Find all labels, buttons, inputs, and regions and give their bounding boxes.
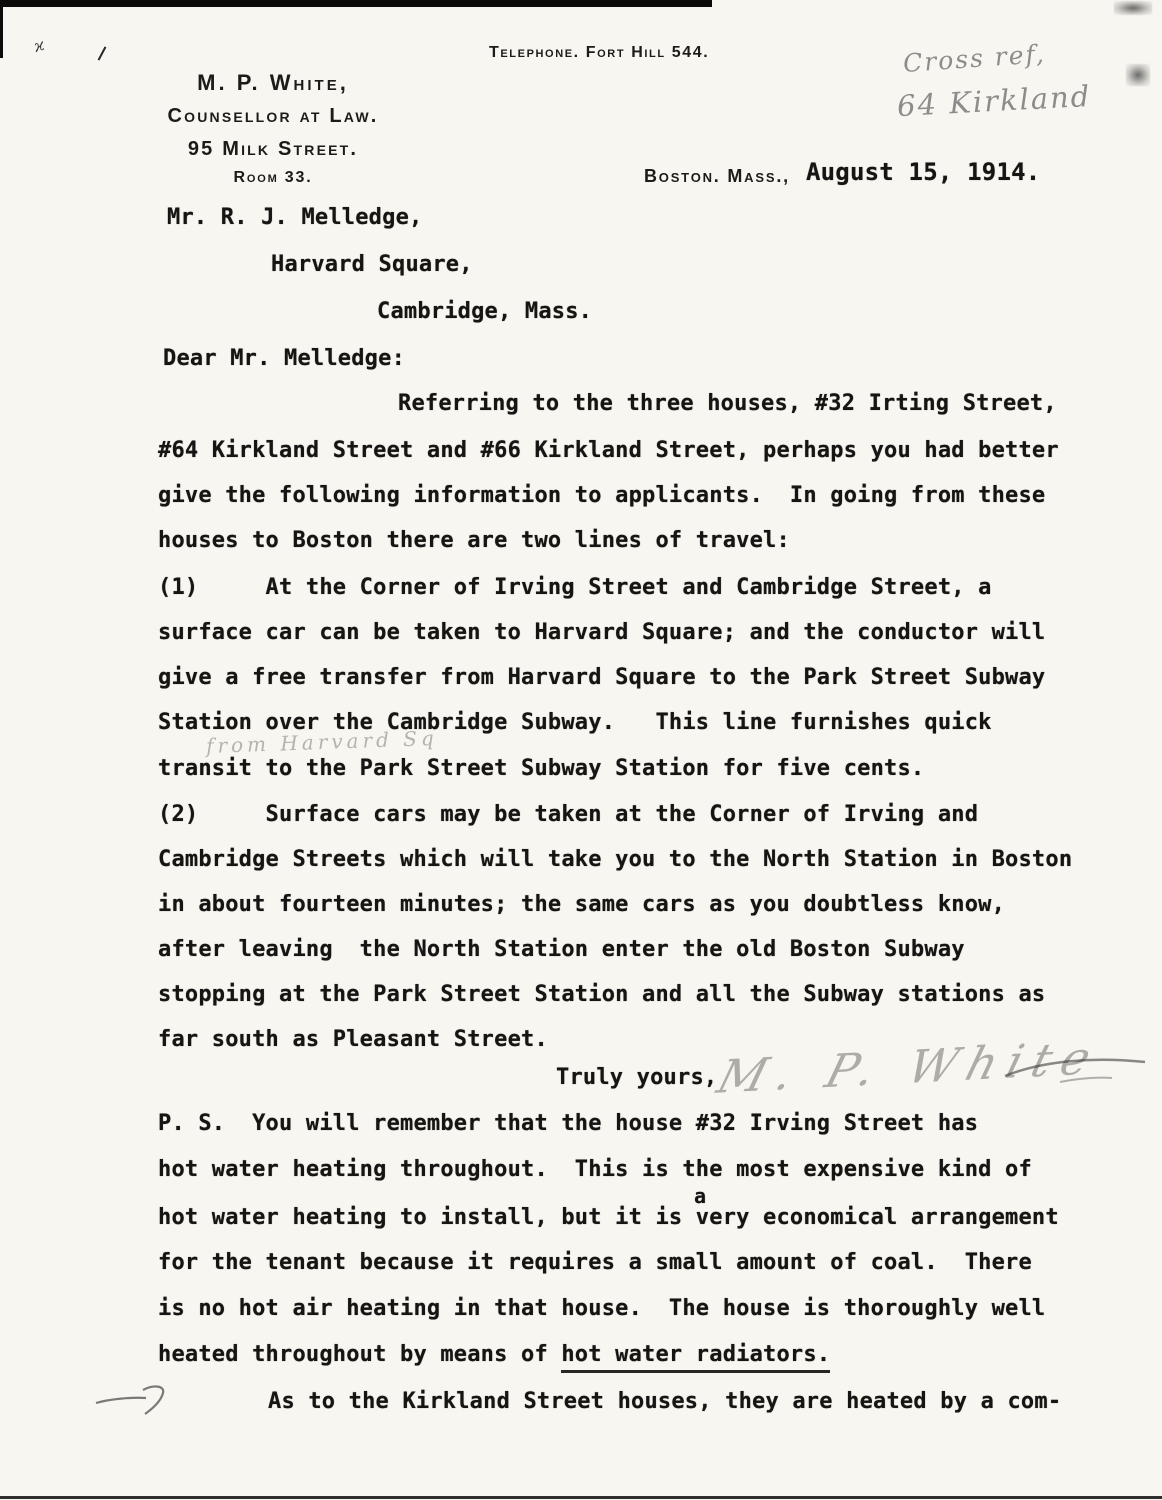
dateline-city: Boston. Mass.,: [644, 166, 790, 187]
pencil-margin-arrow: [88, 1378, 178, 1422]
letterhead-block: M. P. White, Counsellor at Law. 95 Milk …: [118, 70, 428, 187]
body-line: Referring to the three houses, #32 Irtin…: [398, 392, 1057, 416]
ps-line-underlined: heated throughout by means of hot water …: [158, 1343, 830, 1367]
body-line: Cambridge Streets which will take you to…: [158, 848, 1072, 872]
body-line: give a free transfer from Harvard Square…: [158, 666, 1045, 690]
salutation: Dear Mr. Melledge:: [163, 347, 405, 371]
body-line: (2) Surface cars may be taken at the Cor…: [158, 803, 978, 827]
ps-underlined-phrase: hot water radiators.: [561, 1342, 830, 1373]
stray-ink-mark: [98, 46, 107, 60]
corner-smudge: [1114, 1, 1152, 15]
recipient-line: Harvard Square,: [271, 253, 473, 277]
body-line: stopping at the Park Street Station and …: [158, 983, 1045, 1007]
body-line: #64 Kirkland Street and #66 Kirkland Str…: [158, 439, 1059, 463]
letterhead-title: Counsellor at Law.: [118, 105, 428, 128]
ps-line: for the tenant because it requires a sma…: [158, 1251, 1032, 1275]
letterhead-room: Room 33.: [118, 169, 428, 187]
letterhead-name: M. P. White,: [118, 70, 428, 96]
scan-edge-left-bar: [0, 0, 3, 58]
dateline-date: August 15, 1914.: [806, 160, 1040, 184]
closing: Truly yours,: [556, 1066, 717, 1090]
recipient-line: Cambridge, Mass.: [377, 300, 592, 324]
body-line: surface car can be taken to Harvard Squa…: [158, 621, 1045, 645]
ps-line: is no hot air heating in that house. The…: [158, 1297, 1045, 1321]
recipient-line: Mr. R. J. Melledge,: [167, 206, 422, 230]
ps-line: hot water heating throughout. This is th…: [158, 1158, 1032, 1182]
body-line: after leaving the North Station enter th…: [158, 938, 965, 962]
body-line: houses to Boston there are two lines of …: [158, 529, 790, 553]
scan-edge-bottom-line: [0, 1496, 1162, 1499]
body-line: (1) At the Corner of Irving Street and C…: [158, 576, 992, 600]
letterhead-street: 95 Milk Street.: [118, 138, 428, 161]
ps-line: hot water heating to install, but it is …: [158, 1206, 1059, 1230]
body-line: in about fourteen minutes; the same cars…: [158, 893, 1005, 917]
letterhead-telephone: Telephone. Fort Hill 544.: [489, 44, 709, 62]
ps-underline-prefix: heated throughout by means of: [158, 1342, 561, 1367]
body-line: give the following information to applic…: [158, 484, 1045, 508]
pencil-cross-ref-note: Cross ref,: [902, 39, 1046, 78]
pencil-kirkland-note: 64 Kirkland: [896, 79, 1092, 123]
body-line: far south as Pleasant Street.: [158, 1028, 548, 1052]
stray-ink-mark: ϰ: [31, 35, 46, 56]
signature-flourish-stroke: [1000, 1050, 1150, 1090]
body-line: transit to the Park Street Subway Statio…: [158, 757, 924, 781]
body-line: As to the Kirkland Street houses, they a…: [268, 1390, 1061, 1414]
letter-page: ϰ Telephone. Fort Hill 544. M. P. White,…: [0, 0, 1162, 1500]
corner-smudge: [1126, 64, 1150, 86]
scan-edge-top-bar: [0, 0, 712, 7]
ps-line: P. S. You will remember that the house #…: [158, 1112, 978, 1136]
